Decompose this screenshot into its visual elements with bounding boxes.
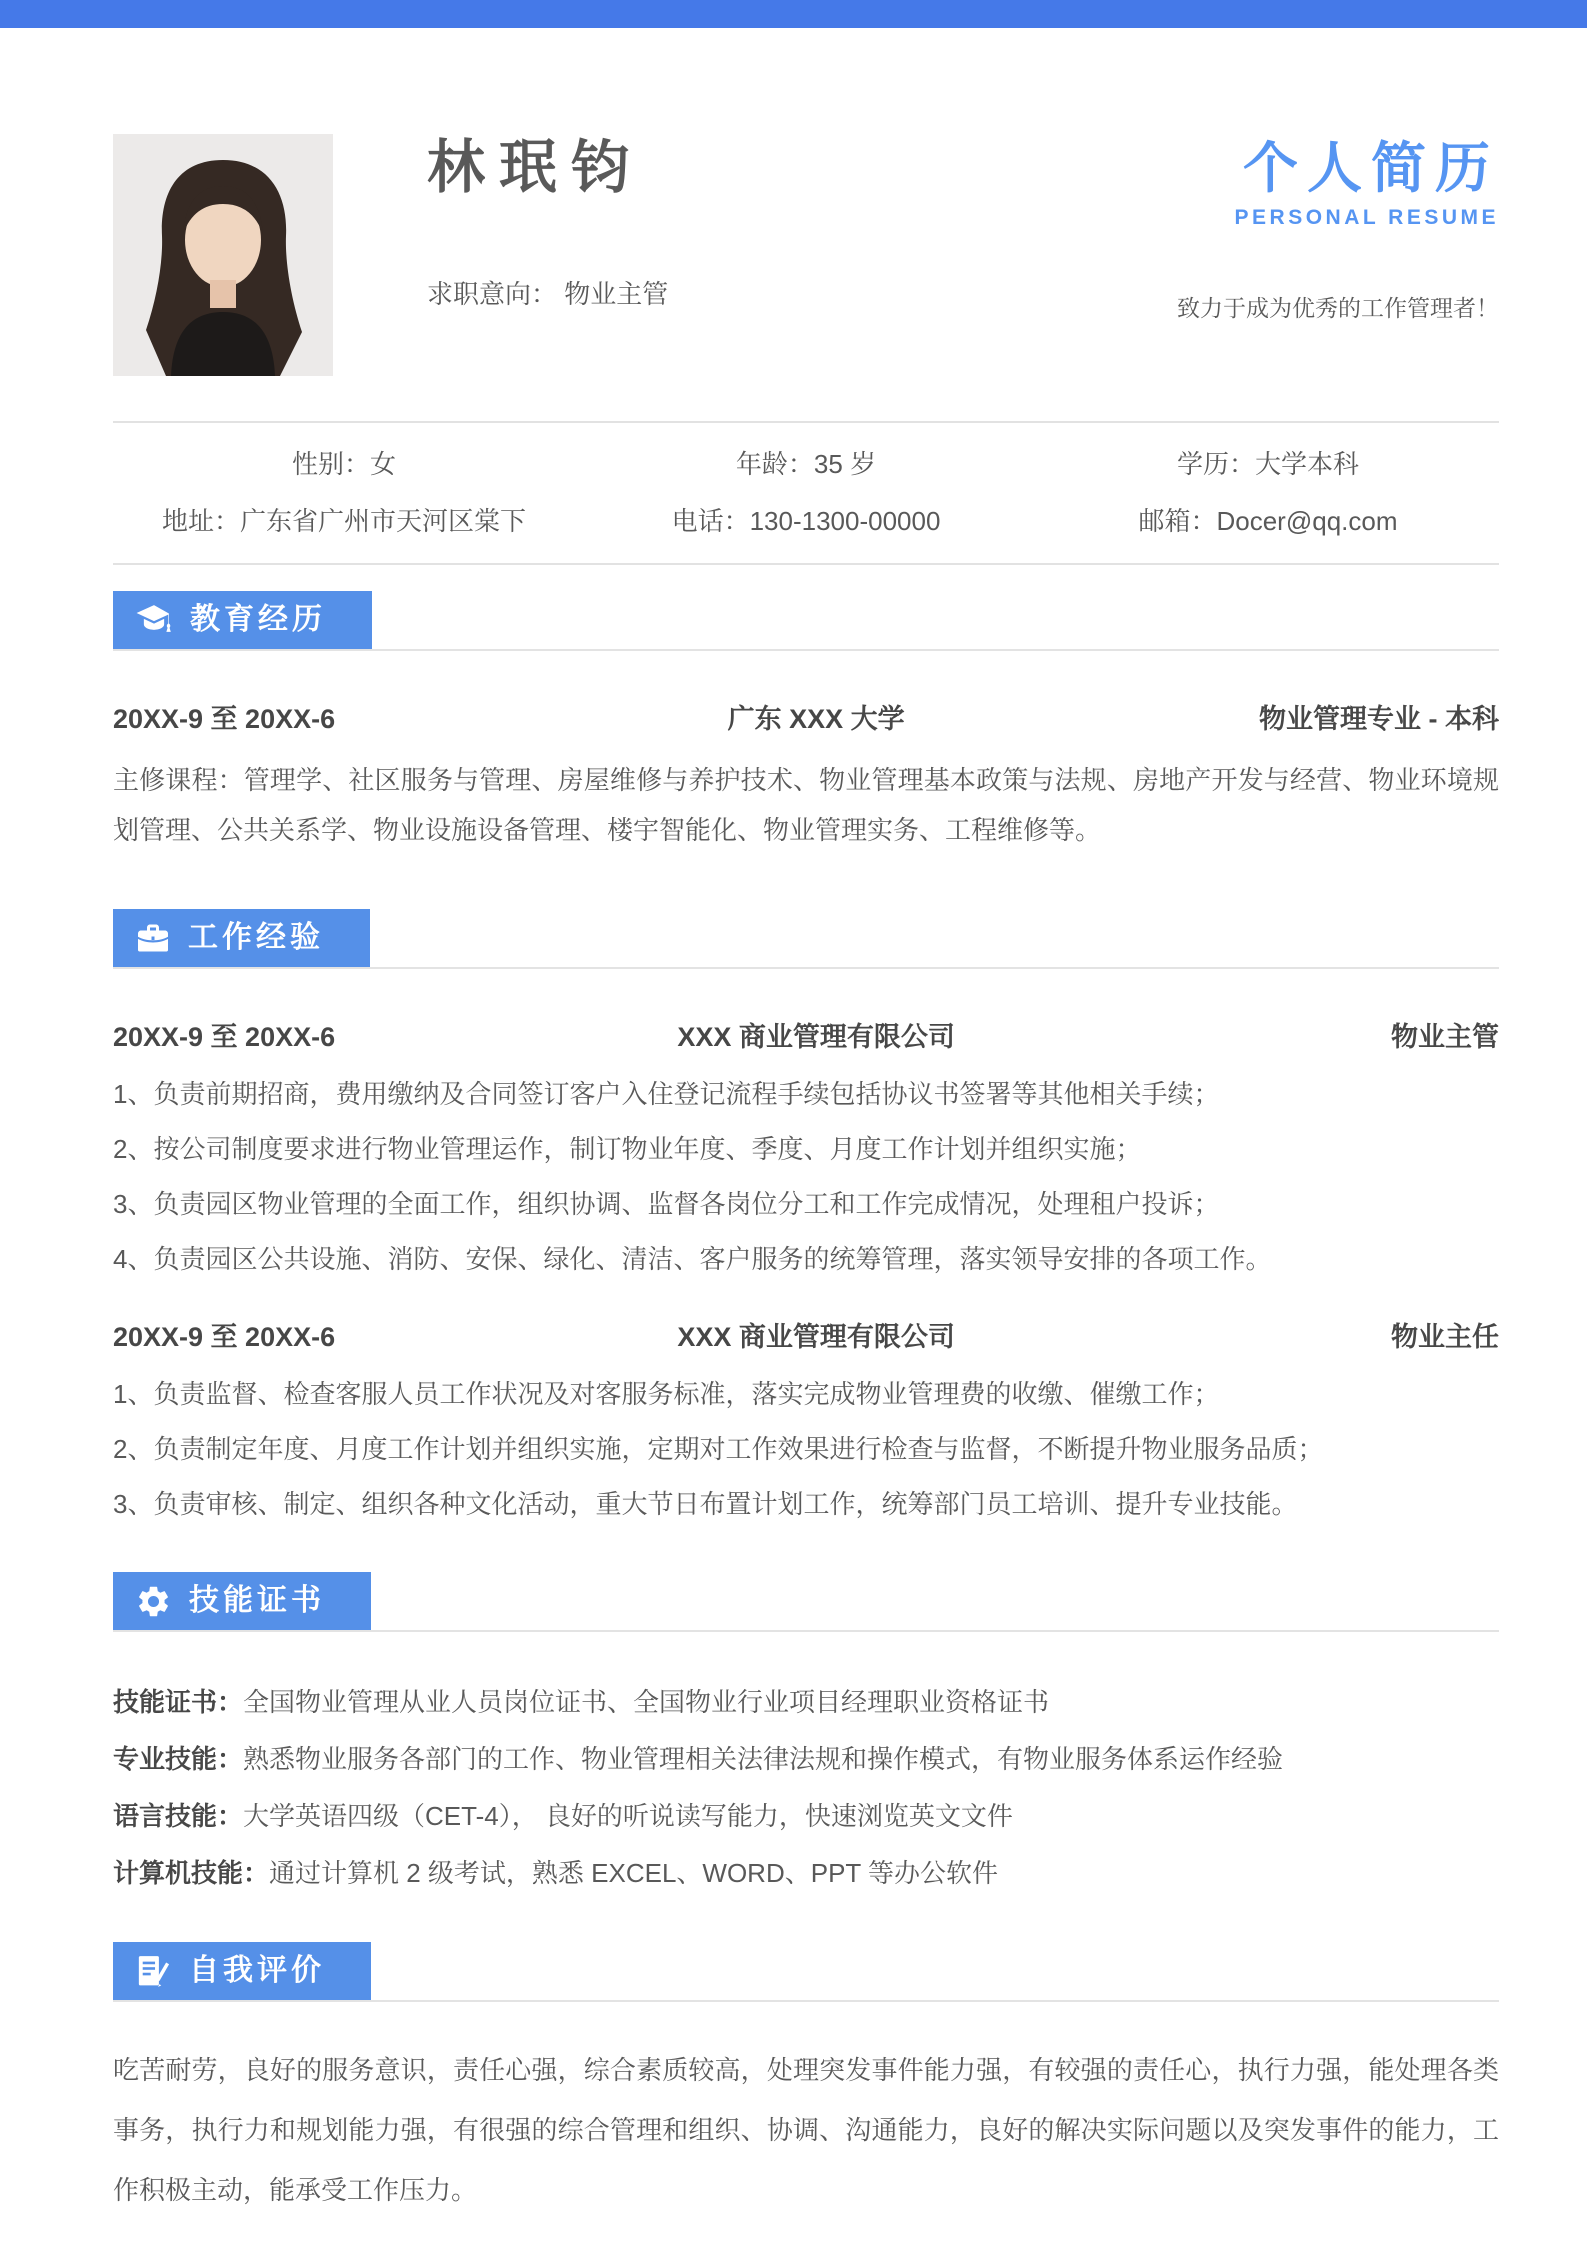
job-duty: 3、负责园区物业管理的全面工作，组织协调、监督各岗位分工和工作完成情况，处理租户… (113, 1177, 1499, 1232)
header-title-block: 个人简历 PERSONAL RESUME 致力于成为优秀的工作管理者！ (1177, 134, 1499, 376)
job-duty: 2、按公司制度要求进行物业管理运作，制订物业年度、季度、月度工作计划并组织实施； (113, 1122, 1499, 1177)
education-major-degree: 物业管理专业 - 本科 (1091, 697, 1499, 736)
section-title: 自我评价 (189, 1942, 325, 2000)
job-duties: 1、负责前期招商，费用缴纳及合同签订客户入住登记流程手续包括协议书签署等其他相关… (113, 1067, 1499, 1287)
section-tab-work: 工作经验 (113, 909, 370, 967)
info-email: 邮箱：Docer@qq.com (1037, 493, 1499, 550)
section-self-eval: 自我评价 吃苦耐劳，良好的服务意识，责任心强，综合素质较高，处理突发事件能力强，… (113, 1942, 1499, 2220)
skill-item: 专业技能：熟悉物业服务各部门的工作、物业管理相关法律法规和操作模式，有物业服务体… (113, 1731, 1499, 1788)
skill-label: 语言技能： (113, 1801, 243, 1831)
info-phone: 电话：130-1300-00000 (575, 493, 1037, 550)
resume-title-en: PERSONAL RESUME (1177, 206, 1499, 230)
section-header: 技能证书 (113, 1572, 1499, 1632)
skill-label: 技能证书： (113, 1687, 243, 1717)
education-entry: 20XX-9 至 20XX-6 广东 XXX 大学 物业管理专业 - 本科 (113, 697, 1499, 736)
section-work: 工作经验 20XX-9 至 20XX-6 XXX 商业管理有限公司 物业主管 1… (113, 909, 1499, 1532)
info-age: 年龄：35 岁 (575, 436, 1037, 493)
education-period: 20XX-9 至 20XX-6 (113, 697, 541, 736)
job-entry: 20XX-9 至 20XX-6 XXX 商业管理有限公司 物业主管 (113, 1015, 1499, 1054)
profile-photo (113, 134, 333, 376)
section-tab-skills: 技能证书 (113, 1572, 371, 1630)
job-role: 物业主管 (1091, 1015, 1499, 1054)
section-title: 技能证书 (189, 1572, 325, 1630)
job-period: 20XX-9 至 20XX-6 (113, 1315, 541, 1354)
job-role: 物业主任 (1091, 1315, 1499, 1354)
skill-text: 熟悉物业服务各部门的工作、物业管理相关法律法规和操作模式，有物业服务体系运作经验 (243, 1744, 1283, 1774)
slogan: 致力于成为优秀的工作管理者！ (1177, 290, 1499, 323)
job-entry: 20XX-9 至 20XX-6 XXX 商业管理有限公司 物业主任 (113, 1315, 1499, 1354)
job-duty: 2、负责制定年度、月度工作计划并组织实施，定期对工作效果进行检查与监督，不断提升… (113, 1422, 1499, 1477)
self-evaluation-text: 吃苦耐劳，良好的服务意识，责任心强，综合素质较高，处理突发事件能力强，有较强的责… (113, 2040, 1499, 2220)
section-header: 自我评价 (113, 1942, 1499, 2002)
job-period: 20XX-9 至 20XX-6 (113, 1015, 541, 1054)
education-courses: 主修课程：管理学、社区服务与管理、房屋维修与养护技术、物业管理基本政策与法规、房… (113, 755, 1499, 855)
job-duties: 1、负责监督、检查客服人员工作状况及对客服务标准，落实完成物业管理费的收缴、催缴… (113, 1367, 1499, 1532)
skill-label: 专业技能： (113, 1744, 243, 1774)
skill-item: 语言技能：大学英语四级（CET-4）， 良好的听说读写能力，快速浏览英文文件 (113, 1788, 1499, 1845)
candidate-name: 林珉钧 (427, 136, 1177, 200)
section-header: 工作经验 (113, 909, 1499, 969)
job-duty: 4、负责园区公共设施、消防、安保、绿化、清洁、客户服务的统筹管理，落实领导安排的… (113, 1232, 1499, 1287)
job-duty: 1、负责监督、检查客服人员工作状况及对客服务标准，落实完成物业管理费的收缴、催缴… (113, 1367, 1499, 1422)
job-company: XXX 商业管理有限公司 (541, 1315, 1091, 1354)
skill-text: 大学英语四级（CET-4）， 良好的听说读写能力，快速浏览英文文件 (243, 1801, 1013, 1831)
portrait-silhouette (113, 134, 333, 376)
briefcase-icon (135, 920, 171, 956)
skill-item: 技能证书：全国物业管理从业人员岗位证书、全国物业行业项目经理职业资格证书 (113, 1674, 1499, 1731)
document-pen-icon (135, 1953, 172, 1990)
resume-page: 林珉钧 求职意向： 物业主管 个人简历 PERSONAL RESUME 致力于成… (0, 134, 1587, 2220)
skill-item: 计算机技能：通过计算机 2 级考试，熟悉 EXCEL、WORD、PPT 等办公软… (113, 1845, 1499, 1902)
basic-info: 性别：女 年龄：35 岁 学历：大学本科 地址：广东省广州市天河区棠下 电话：1… (113, 423, 1499, 563)
section-title: 教育经历 (190, 591, 326, 649)
skills-list: 技能证书：全国物业管理从业人员岗位证书、全国物业行业项目经理职业资格证书 专业技… (113, 1674, 1499, 1902)
section-header: 教育经历 (113, 591, 1499, 651)
education-school: 广东 XXX 大学 (541, 697, 1091, 736)
skill-text: 全国物业管理从业人员岗位证书、全国物业行业项目经理职业资格证书 (243, 1687, 1049, 1717)
job-intent: 求职意向： 物业主管 (427, 274, 1177, 311)
section-education: 教育经历 20XX-9 至 20XX-6 广东 XXX 大学 物业管理专业 - … (113, 591, 1499, 855)
section-title: 工作经验 (188, 909, 324, 967)
graduation-cap-icon (135, 601, 173, 639)
skill-text: 通过计算机 2 级考试，熟悉 EXCEL、WORD、PPT 等办公软件 (269, 1858, 998, 1888)
resume-title-cn: 个人简历 (1177, 140, 1499, 198)
section-tab-self-eval: 自我评价 (113, 1942, 371, 2000)
section-tab-education: 教育经历 (113, 591, 372, 649)
top-accent-bar (0, 0, 1587, 28)
gear-icon (135, 1583, 172, 1620)
info-gender: 性别：女 (113, 436, 575, 493)
job-duty: 1、负责前期招商，费用缴纳及合同签订客户入住登记流程手续包括协议书签署等其他相关… (113, 1067, 1499, 1122)
divider (113, 563, 1499, 565)
job-duty: 3、负责审核、制定、组织各种文化活动，重大节日布置计划工作，统筹部门员工培训、提… (113, 1477, 1499, 1532)
job-company: XXX 商业管理有限公司 (541, 1015, 1091, 1054)
header-name-block: 林珉钧 求职意向： 物业主管 (427, 134, 1177, 376)
info-address: 地址：广东省广州市天河区棠下 (113, 493, 575, 550)
info-education: 学历：大学本科 (1037, 436, 1499, 493)
skill-label: 计算机技能： (113, 1858, 269, 1888)
header: 林珉钧 求职意向： 物业主管 个人简历 PERSONAL RESUME 致力于成… (113, 134, 1499, 376)
section-skills: 技能证书 技能证书：全国物业管理从业人员岗位证书、全国物业行业项目经理职业资格证… (113, 1572, 1499, 1902)
